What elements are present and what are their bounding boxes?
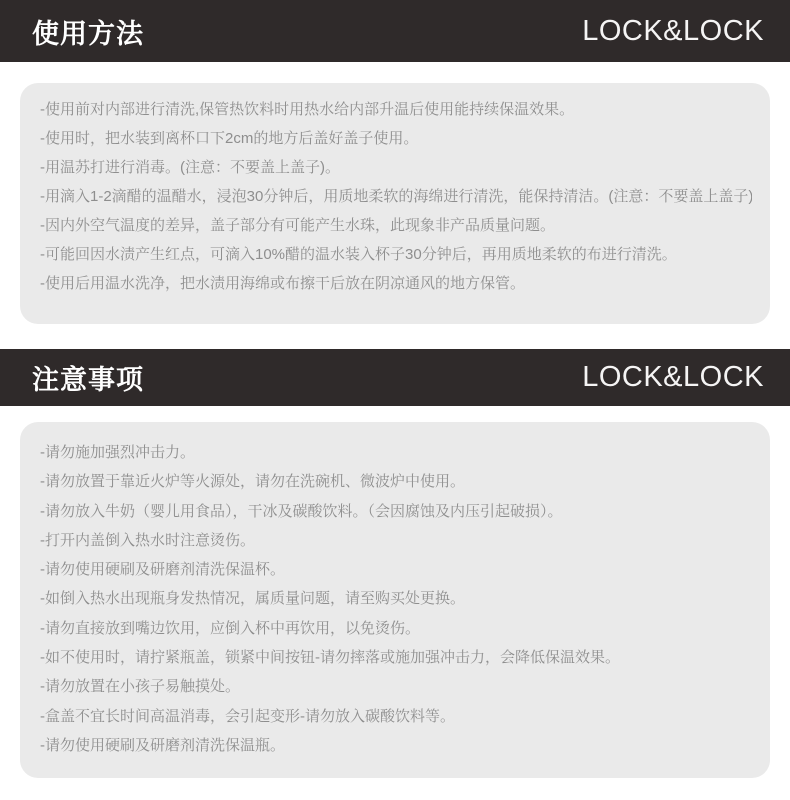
instruction-line: -请勿使用硬刷及研磨剂清洗保温瓶。 (40, 731, 752, 760)
instruction-line: -因内外空气温度的差异，盖子部分有可能产生水珠，此现象非产品质量问题。 (40, 211, 752, 240)
instruction-line: -请勿放置在小孩子易触摸处。 (40, 672, 752, 701)
instruction-line: -如倒入热水出现瓶身发热情况，属质量问题，请至购买处更换。 (40, 584, 752, 613)
instruction-line: -打开内盖倒入热水时注意烫伤。 (40, 526, 752, 555)
instruction-line: -请勿使用硬刷及研磨剂清洗保温杯。 (40, 555, 752, 584)
instruction-line: -可能回因水渍产生红点，可滴入10%醋的温水装入杯子30分钟后，再用质地柔软的布… (40, 240, 752, 269)
precautions-section-title: 注意事项 (32, 358, 144, 397)
instruction-line: -请勿直接放到嘴边饮用，应倒入杯中再饮用，以免烫伤。 (40, 614, 752, 643)
usage-section-title: 使用方法 (32, 12, 144, 51)
precautions-panel: -请勿施加强烈冲击力。-请勿放置于靠近火炉等火源处，请勿在洗碗机、微波炉中使用。… (20, 422, 770, 778)
usage-instructions-panel: -使用前对内部进行清洗,保管热饮料时用热水给内部升温后使用能持续保温效果。-使用… (20, 83, 770, 324)
instruction-line: -请勿施加强烈冲击力。 (40, 438, 752, 467)
instruction-line: -如不使用时，请拧紧瓶盖，锁紧中间按钮-请勿摔落或施加强冲击力，会降低保温效果。 (40, 643, 752, 672)
instruction-line: -用滴入1-2滴醋的温醋水，浸泡30分钟后，用质地柔软的海绵进行清洗，能保持清洁… (40, 182, 752, 211)
brand-logo: LOCK&LOCK (582, 15, 764, 48)
brand-logo: LOCK&LOCK (582, 361, 764, 394)
instruction-line: -请勿放置于靠近火炉等火源处，请勿在洗碗机、微波炉中使用。 (40, 467, 752, 496)
instruction-line: -使用时，把水装到离杯口下2cm的地方后盖好盖子使用。 (40, 124, 752, 153)
usage-section-header: 使用方法 LOCK&LOCK (0, 0, 790, 62)
instruction-line: -使用前对内部进行清洗,保管热饮料时用热水给内部升温后使用能持续保温效果。 (40, 95, 752, 124)
product-info-page: 使用方法 LOCK&LOCK -使用前对内部进行清洗,保管热饮料时用热水给内部升… (0, 0, 790, 800)
precautions-section-header: 注意事项 LOCK&LOCK (0, 349, 790, 406)
instruction-line: -用温苏打进行消毒。(注意：不要盖上盖子)。 (40, 153, 752, 182)
instruction-line: -使用后用温水洗净，把水渍用海绵或布擦干后放在阴凉通风的地方保管。 (40, 269, 752, 298)
instruction-line: -请勿放入牛奶（婴儿用食品），干冰及碳酸饮料。（会因腐蚀及内压引起破损）。 (40, 497, 752, 526)
instruction-line: -盒盖不宜长时间高温消毒，会引起变形-请勿放入碳酸饮料等。 (40, 702, 752, 731)
